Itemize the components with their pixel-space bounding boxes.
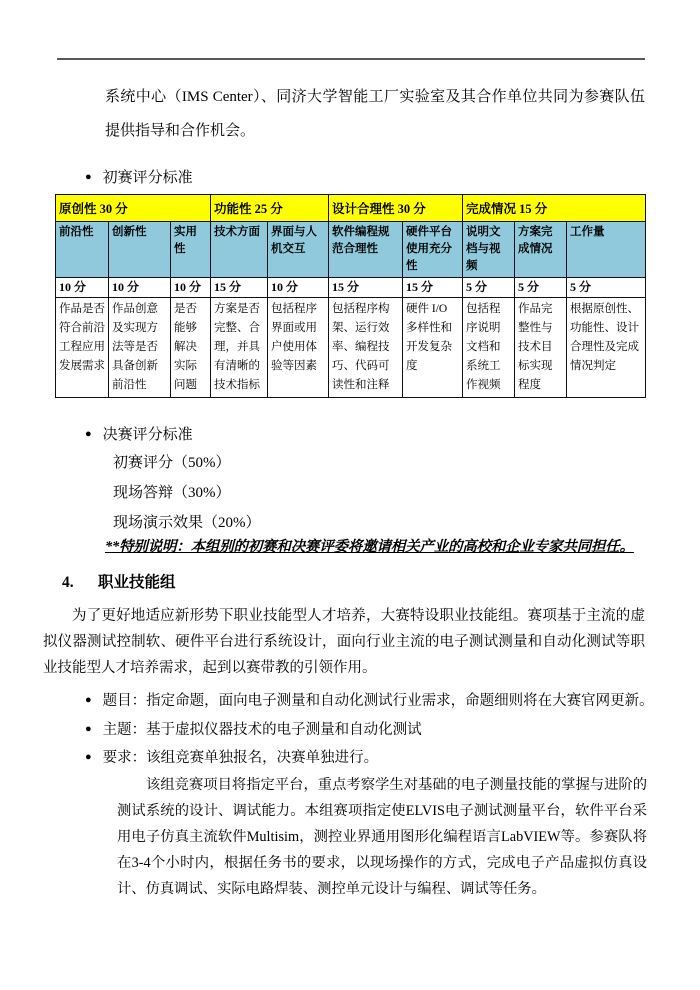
page-header-rule: [57, 58, 645, 60]
final-score-item: 初赛评分（50%）: [113, 448, 261, 478]
table-description-cell: 作品完整性与技术目标实现程度: [515, 298, 567, 398]
bullet-icon: ●: [85, 428, 92, 440]
final-heading: 决赛评分标准: [103, 427, 193, 443]
table-points-cell: 15 分: [329, 278, 403, 298]
table-description-cell: 包括程序界面或用户使用体验等因素: [268, 298, 329, 398]
table-description-cell: 包括程序说明文档和系统工作视频: [463, 298, 515, 398]
table-points-cell: 10 分: [109, 278, 171, 298]
table-points-cell: 10 分: [56, 278, 109, 298]
table-points-cell: 10 分: [171, 278, 211, 298]
table-column-header-cell: 方案完成情况: [515, 222, 567, 278]
bullet-icon: ●: [85, 171, 92, 183]
table-column-header-cell: 软件编程规范合理性: [329, 222, 403, 278]
table-column-header-cell: 实用性: [171, 222, 211, 278]
bullet-icon: ●: [85, 723, 92, 735]
table-column-header-cell: 硬件平台使用充分性: [403, 222, 463, 278]
table-column-header-cell: 界面与人机交互: [268, 222, 329, 278]
table-description-cell: 方案是否完整、合理，并具有清晰的技术指标: [211, 298, 268, 398]
final-score-item: 现场答辩（30%）: [113, 478, 261, 508]
table-column-header-cell: 工作量: [567, 222, 646, 278]
section4-title: 职业技能组: [98, 574, 176, 591]
section4-bullet-text: 要求：该组竞赛单独报名，决赛单独进行。: [103, 750, 379, 766]
table-description-cell: 硬件 I/O 多样性和开发复杂度: [403, 298, 463, 398]
table-points-cell: 15 分: [211, 278, 268, 298]
bullet-icon: ●: [85, 751, 92, 763]
bullet-icon: ●: [85, 694, 92, 706]
table-group-header-cell: 设计合理性 30 分: [329, 195, 463, 222]
section4-bullet-text: 主题：基于虚拟仪器技术的电子测量和自动化测试: [103, 722, 422, 738]
final-score-items: 初赛评分（50%）现场答辩（30%）现场演示效果（20%）: [113, 448, 261, 538]
table-group-header-cell: 功能性 25 分: [211, 195, 329, 222]
special-note: **特别说明：本组别的初赛和决赛评委将邀请相关产业的高校和企业专家共同担任。: [105, 535, 647, 556]
table-group-header-cell: 完成情况 15 分: [463, 195, 646, 222]
preliminary-score-table: 原创性 30 分功能性 25 分设计合理性 30 分完成情况 15 分前沿性创新…: [55, 194, 646, 398]
section4-bullet-item: ●要求：该组竞赛单独报名，决赛单独进行。: [85, 744, 647, 773]
final-heading-row: ●决赛评分标准: [85, 423, 193, 444]
document-page: 系统中心（IMS Center）、同济大学智能工厂实验室及其合作单位共同为参赛队…: [0, 0, 700, 990]
table-column-header-row: 前沿性创新性实用性技术方面界面与人机交互软件编程规范合理性硬件平台使用充分性说明…: [56, 222, 646, 278]
table-description-row: 作品是否符合前沿工程应用发展需求作品创意及实现方法等是否具备创新前沿性是否能够解…: [56, 298, 646, 398]
section4-bullet-item: ●主题：基于虚拟仪器技术的电子测量和自动化测试: [85, 716, 647, 745]
table-description-cell: 是否能够解决实际问题: [171, 298, 211, 398]
intro-paragraph: 系统中心（IMS Center）、同济大学智能工厂实验室及其合作单位共同为参赛队…: [105, 80, 645, 148]
table-description-cell: 作品创意及实现方法等是否具备创新前沿性: [109, 298, 171, 398]
preliminary-heading: 初赛评分标准: [103, 170, 193, 186]
table-column-header-cell: 创新性: [109, 222, 171, 278]
section4-bullet-list: ●题目：指定命题，面向电子测量和自动化测试行业需求，命题细则将在大赛官网更新。●…: [85, 687, 647, 773]
table-points-cell: 10 分: [268, 278, 329, 298]
section4-bullet-item: ●题目：指定命题，面向电子测量和自动化测试行业需求，命题细则将在大赛官网更新。: [85, 687, 647, 716]
table-points-cell: 15 分: [403, 278, 463, 298]
table-description-cell: 作品是否符合前沿工程应用发展需求: [56, 298, 109, 398]
section4-paragraph: 为了更好地适应新形势下职业技能型人才培养，大赛特设职业技能组。赛项基于主流的虚拟…: [43, 603, 645, 681]
table-points-row: 10 分10 分10 分15 分10 分15 分15 分5 分5 分5 分: [56, 278, 646, 298]
table-column-header-cell: 前沿性: [56, 222, 109, 278]
final-score-item: 现场演示效果（20%）: [113, 508, 261, 538]
section4-number: 4.: [62, 574, 98, 592]
table-group-header-row: 原创性 30 分功能性 25 分设计合理性 30 分完成情况 15 分: [56, 195, 646, 222]
table-description-cell: 包括程序构架、运行效率、编程技巧、代码可读性和注释: [329, 298, 403, 398]
table-points-cell: 5 分: [567, 278, 646, 298]
table-points-cell: 5 分: [515, 278, 567, 298]
table-description-cell: 根据原创性、功能性、设计合理性及完成情况判定: [567, 298, 646, 398]
table-column-header-cell: 说明文档与视频: [463, 222, 515, 278]
table-points-cell: 5 分: [463, 278, 515, 298]
section4-bullet-text: 题目：指定命题，面向电子测量和自动化测试行业需求，命题细则将在大赛官网更新。: [103, 693, 654, 709]
preliminary-heading-row: ●初赛评分标准: [85, 166, 193, 187]
table-group-header-cell: 原创性 30 分: [56, 195, 211, 222]
section4-heading: 4.职业技能组: [62, 570, 176, 592]
section4-detail-paragraph: 该组竞赛项目将指定平台，重点考察学生对基础的电子测量技能的掌握与进阶的测试系统的…: [117, 772, 647, 902]
table-column-header-cell: 技术方面: [211, 222, 268, 278]
